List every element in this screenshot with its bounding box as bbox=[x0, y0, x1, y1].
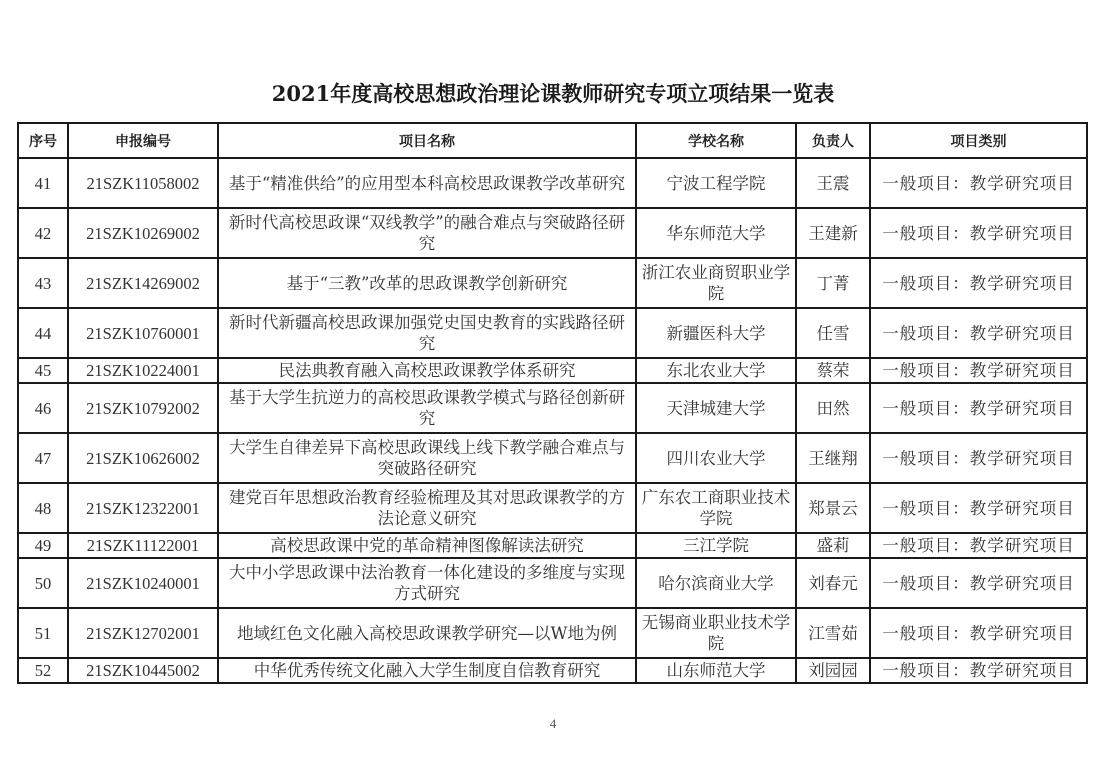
table-row: 48 21SZK12322001 建党百年思想政治教育经验梳理及其对思政课教学的… bbox=[18, 483, 1087, 533]
cell-code: 21SZK10760001 bbox=[68, 308, 218, 358]
header-category: 项目类别 bbox=[870, 123, 1087, 158]
cell-code: 21SZK10792002 bbox=[68, 383, 218, 433]
cell-leader: 蔡荣 bbox=[796, 358, 870, 383]
cell-category: 一般项目：教学研究项目 bbox=[870, 533, 1087, 558]
cell-category: 一般项目：教学研究项目 bbox=[870, 358, 1087, 383]
table-header-row: 序号 申报编号 项目名称 学校名称 负责人 项目类别 bbox=[18, 123, 1087, 158]
cell-project-name: 高校思政课中党的革命精神图像解读法研究 bbox=[218, 533, 636, 558]
cell-category: 一般项目：教学研究项目 bbox=[870, 658, 1087, 683]
cell-project-name: 基于大学生抗逆力的高校思政课教学模式与路径创新研究 bbox=[218, 383, 636, 433]
cell-project-name: 建党百年思想政治教育经验梳理及其对思政课教学的方法论意义研究 bbox=[218, 483, 636, 533]
cell-category: 一般项目：教学研究项目 bbox=[870, 383, 1087, 433]
cell-no: 52 bbox=[18, 658, 68, 683]
cell-no: 51 bbox=[18, 608, 68, 658]
cell-project-name: 大学生自律差异下高校思政课线上线下教学融合难点与突破路径研究 bbox=[218, 433, 636, 483]
cell-no: 41 bbox=[18, 158, 68, 208]
cell-school: 三江学院 bbox=[636, 533, 796, 558]
cell-school: 四川农业大学 bbox=[636, 433, 796, 483]
cell-no: 42 bbox=[18, 208, 68, 258]
cell-code: 21SZK14269002 bbox=[68, 258, 218, 308]
table-row: 46 21SZK10792002 基于大学生抗逆力的高校思政课教学模式与路径创新… bbox=[18, 383, 1087, 433]
cell-category: 一般项目：教学研究项目 bbox=[870, 483, 1087, 533]
cell-school: 山东师范大学 bbox=[636, 658, 796, 683]
cell-code: 21SZK10626002 bbox=[68, 433, 218, 483]
page-number: 4 bbox=[0, 716, 1106, 732]
cell-leader: 刘春元 bbox=[796, 558, 870, 608]
cell-project-name: 大中小学思政课中法治教育一体化建设的多维度与实现方式研究 bbox=[218, 558, 636, 608]
cell-leader: 田然 bbox=[796, 383, 870, 433]
cell-leader: 刘园园 bbox=[796, 658, 870, 683]
cell-code: 21SZK10224001 bbox=[68, 358, 218, 383]
cell-code: 21SZK10269002 bbox=[68, 208, 218, 258]
cell-school: 东北农业大学 bbox=[636, 358, 796, 383]
cell-school: 广东农工商职业技术学院 bbox=[636, 483, 796, 533]
table-row: 45 21SZK10224001 民法典教育融入高校思政课教学体系研究 东北农业… bbox=[18, 358, 1087, 383]
cell-code: 21SZK12702001 bbox=[68, 608, 218, 658]
header-project-name: 项目名称 bbox=[218, 123, 636, 158]
cell-school: 新疆医科大学 bbox=[636, 308, 796, 358]
table-row: 47 21SZK10626002 大学生自律差异下高校思政课线上线下教学融合难点… bbox=[18, 433, 1087, 483]
cell-project-name: 地域红色文化融入高校思政课教学研究—以W地为例 bbox=[218, 608, 636, 658]
cell-project-name: 中华优秀传统文化融入大学生制度自信教育研究 bbox=[218, 658, 636, 683]
header-code: 申报编号 bbox=[68, 123, 218, 158]
cell-category: 一般项目：教学研究项目 bbox=[870, 258, 1087, 308]
cell-project-name: 民法典教育融入高校思政课教学体系研究 bbox=[218, 358, 636, 383]
cell-project-name: 基于“三教”改革的思政课教学创新研究 bbox=[218, 258, 636, 308]
cell-no: 44 bbox=[18, 308, 68, 358]
table-row: 51 21SZK12702001 地域红色文化融入高校思政课教学研究—以W地为例… bbox=[18, 608, 1087, 658]
cell-school: 华东师范大学 bbox=[636, 208, 796, 258]
cell-no: 43 bbox=[18, 258, 68, 308]
cell-leader: 任雪 bbox=[796, 308, 870, 358]
table-row: 44 21SZK10760001 新时代新疆高校思政课加强党史国史教育的实践路径… bbox=[18, 308, 1087, 358]
table-row: 42 21SZK10269002 新时代高校思政课“双线教学”的融合难点与突破路… bbox=[18, 208, 1087, 258]
cell-category: 一般项目：教学研究项目 bbox=[870, 433, 1087, 483]
document-title: 2021年度高校思想政治理论课教师研究专项立项结果一览表 bbox=[0, 78, 1106, 108]
cell-no: 46 bbox=[18, 383, 68, 433]
cell-category: 一般项目：教学研究项目 bbox=[870, 158, 1087, 208]
header-school: 学校名称 bbox=[636, 123, 796, 158]
table-row: 52 21SZK10445002 中华优秀传统文化融入大学生制度自信教育研究 山… bbox=[18, 658, 1087, 683]
table-row: 49 21SZK11122001 高校思政课中党的革命精神图像解读法研究 三江学… bbox=[18, 533, 1087, 558]
cell-leader: 丁菁 bbox=[796, 258, 870, 308]
cell-school: 天津城建大学 bbox=[636, 383, 796, 433]
cell-project-name: 基于“精准供给”的应用型本科高校思政课教学改革研究 bbox=[218, 158, 636, 208]
header-no: 序号 bbox=[18, 123, 68, 158]
cell-code: 21SZK11058002 bbox=[68, 158, 218, 208]
cell-no: 49 bbox=[18, 533, 68, 558]
table-row: 50 21SZK10240001 大中小学思政课中法治教育一体化建设的多维度与实… bbox=[18, 558, 1087, 608]
cell-no: 47 bbox=[18, 433, 68, 483]
cell-school: 浙江农业商贸职业学院 bbox=[636, 258, 796, 308]
cell-school: 宁波工程学院 bbox=[636, 158, 796, 208]
cell-code: 21SZK10445002 bbox=[68, 658, 218, 683]
cell-leader: 郑景云 bbox=[796, 483, 870, 533]
cell-no: 48 bbox=[18, 483, 68, 533]
cell-leader: 王建新 bbox=[796, 208, 870, 258]
cell-category: 一般项目：教学研究项目 bbox=[870, 608, 1087, 658]
cell-project-name: 新时代新疆高校思政课加强党史国史教育的实践路径研究 bbox=[218, 308, 636, 358]
cell-category: 一般项目：教学研究项目 bbox=[870, 308, 1087, 358]
cell-leader: 盛莉 bbox=[796, 533, 870, 558]
header-leader: 负责人 bbox=[796, 123, 870, 158]
cell-leader: 王震 bbox=[796, 158, 870, 208]
cell-code: 21SZK12322001 bbox=[68, 483, 218, 533]
cell-school: 无锡商业职业技术学院 bbox=[636, 608, 796, 658]
cell-leader: 江雪茹 bbox=[796, 608, 870, 658]
cell-code: 21SZK11122001 bbox=[68, 533, 218, 558]
cell-code: 21SZK10240001 bbox=[68, 558, 218, 608]
cell-category: 一般项目：教学研究项目 bbox=[870, 208, 1087, 258]
cell-school: 哈尔滨商业大学 bbox=[636, 558, 796, 608]
table-row: 43 21SZK14269002 基于“三教”改革的思政课教学创新研究 浙江农业… bbox=[18, 258, 1087, 308]
cell-leader: 王继翔 bbox=[796, 433, 870, 483]
cell-category: 一般项目：教学研究项目 bbox=[870, 558, 1087, 608]
table-row: 41 21SZK11058002 基于“精准供给”的应用型本科高校思政课教学改革… bbox=[18, 158, 1087, 208]
results-table: 序号 申报编号 项目名称 学校名称 负责人 项目类别 41 21SZK11058… bbox=[17, 122, 1088, 684]
cell-no: 50 bbox=[18, 558, 68, 608]
cell-no: 45 bbox=[18, 358, 68, 383]
cell-project-name: 新时代高校思政课“双线教学”的融合难点与突破路径研究 bbox=[218, 208, 636, 258]
